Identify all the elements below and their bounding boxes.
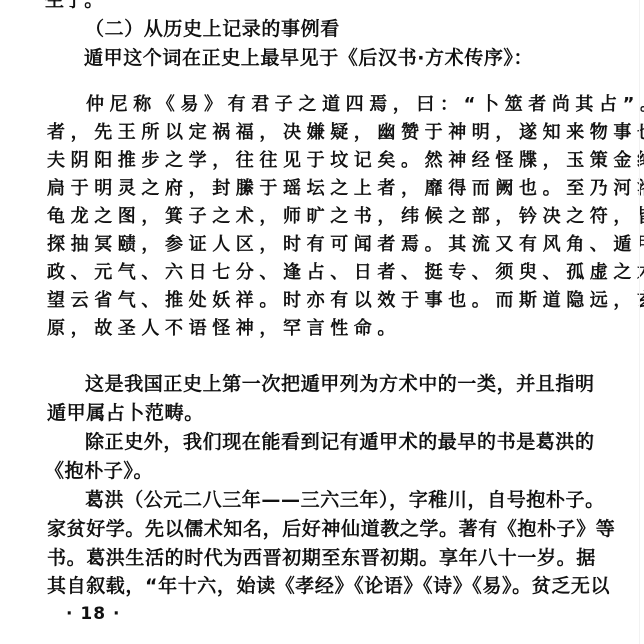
- quote-line: 原，故圣人不语怪神，罕言性命。: [47, 318, 401, 340]
- quote-line: 者，先王所以定祸福，决嫌疑，幽赞于神明，遂知来物事也。若: [47, 122, 644, 144]
- book-page: 生了。 （二）从历史上记录的事例看 遁甲这个词在正史上最早见于《后汉书·方术传序…: [0, 0, 644, 644]
- quote-line: 夫阴阳推步之学，往往见于坟记矣。然神经怪牒，玉策金绳，关: [47, 150, 644, 172]
- paragraph-line: 葛洪（公元二八三年——三六三年），字稚川，自号抱朴子。: [85, 489, 605, 511]
- quote-line: 扃于明灵之府，封縢于瑶坛之上者，靡得而阙也。至乃河洛之文，: [47, 178, 644, 200]
- quote-line: 仲尼称《易》有君子之道四焉，曰：“卜筮者尚其占”。占也: [86, 94, 644, 116]
- paragraph-line: 除正史外，我们现在能看到记有遁甲术的最早的书是葛洪的: [85, 431, 595, 453]
- paragraph-line: 书。葛洪生活的时代为西晋初期至东晋初期。享年八十一岁。据: [47, 547, 596, 569]
- paragraph-line: 其自叙载，“年十六，始读《孝经》《论语》《诗》《易》。贫乏无以: [47, 575, 610, 597]
- quote-line: 望云省气、推处妖祥。时亦有以效于事也。而斯道隐远，玄奥难: [47, 290, 644, 312]
- cut-off-line: 生了。: [45, 0, 104, 11]
- scan-edge: [639, 0, 640, 644]
- quote-line: 政、元气、六日七分、逢占、日者、挺专、须臾、孤虚之术，及: [47, 262, 644, 284]
- quote-line: 龟龙之图，箕子之术，师旷之书，纬候之部，钤决之符，皆所以: [47, 206, 644, 228]
- paragraph-line: 《抱朴子》。: [45, 460, 153, 482]
- section-heading: （二）从历史上记录的事例看: [85, 18, 340, 40]
- paragraph-line: 遁甲属占卜范畴。: [47, 402, 204, 424]
- quote-line: 探抽冥赜，参证人区，时有可闻者焉。其流又有风角、遁甲、七: [47, 234, 644, 256]
- intro-line: 遁甲这个词在正史上最早见于《后汉书·方术传序》：: [84, 47, 533, 69]
- paragraph-line: 家贫好学。先以儒术知名，后好神仙道教之学。著有《抱朴子》等: [47, 518, 615, 540]
- page-number: · 18 ·: [66, 603, 120, 625]
- paragraph-line: 这是我国正史上第一次把遁甲列为方术中的一类，并且指明: [85, 373, 595, 395]
